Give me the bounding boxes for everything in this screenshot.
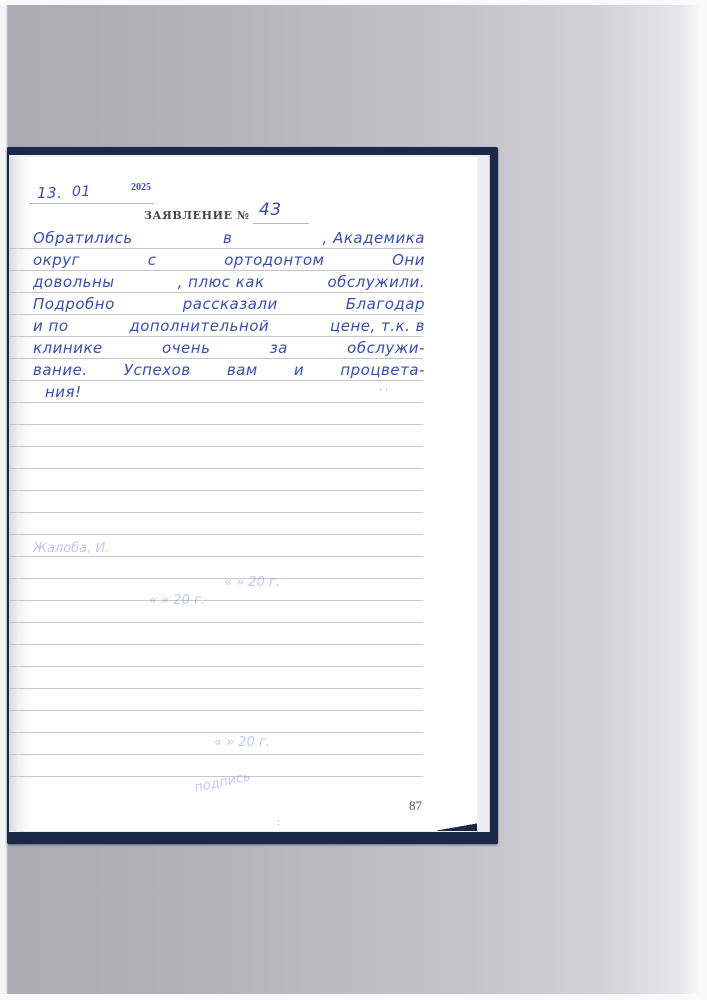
ink-dots: : (277, 817, 280, 828)
handwritten-line: и подополнительнойцене, т.к. в (33, 317, 425, 335)
handwritten-word: клинике (33, 339, 103, 357)
handwritten-word: Они (392, 251, 425, 269)
handwritten-word: Успехов (124, 361, 191, 379)
ruled-line (9, 644, 423, 645)
show-through-mark: « » 20 г. (149, 593, 205, 608)
page-number: 87 (409, 798, 422, 814)
ruled-line (9, 490, 423, 491)
handwritten-line: вание.Успеховвамипроцвета- (33, 361, 425, 379)
notebook-page: 13. 01 2025 ЗАЯВЛЕНИЕ № 43 Обратилисьв, … (9, 157, 477, 831)
scan-margin-top (0, 0, 707, 5)
ruled-line (9, 556, 423, 557)
ruled-line (9, 600, 423, 601)
ruled-line (9, 446, 423, 447)
handwritten-word: ортодонтом (224, 251, 324, 269)
show-through-mark: подпись (193, 769, 252, 796)
handwritten-word: довольны (33, 273, 115, 291)
ruled-line (9, 248, 423, 249)
handwritten-word: с (148, 251, 157, 269)
handwritten-line: округсортодонтомОни (33, 251, 425, 269)
date-day: 13. (37, 184, 62, 202)
ruled-line (9, 358, 423, 359)
handwritten-word: дополнительной (129, 317, 269, 335)
handwritten-word: Обратились (33, 229, 133, 247)
ruled-line (9, 622, 423, 623)
handwritten-word: , плюс как (178, 273, 265, 291)
handwritten-word: Подробно (33, 295, 115, 313)
scan-margin-bottom (0, 994, 707, 1000)
ruled-line (9, 732, 423, 733)
handwritten-word: очень (162, 339, 210, 357)
handwritten-word: обслужи- (347, 339, 425, 357)
handwritten-line: ПодробнорассказалиБлагодар (33, 295, 425, 313)
ruled-line (9, 688, 423, 689)
number-underline (253, 223, 309, 224)
ruled-line (9, 380, 423, 381)
ruled-line (9, 424, 423, 425)
ruled-line (9, 534, 423, 535)
show-through-mark: Жалоба, И. (33, 541, 109, 556)
handwritten-word: рассказали (183, 295, 278, 313)
ruled-line (9, 292, 423, 293)
show-through-mark: « » 20 г. (224, 575, 280, 590)
ruled-line (9, 468, 423, 469)
ruled-line (9, 402, 423, 403)
handwritten-word: ния! (45, 383, 82, 401)
handwritten-word: процвета- (340, 361, 425, 379)
ruled-line (9, 314, 423, 315)
handwritten-line: Обратилисьв, Академика (33, 229, 425, 247)
handwritten-word: обслужили. (327, 273, 425, 291)
handwritten-word: Благодар (346, 295, 425, 313)
handwritten-word: вам (227, 361, 258, 379)
handwritten-line: клиникеоченьзаобслужи- (33, 339, 425, 357)
form-title: ЗАЯВЛЕНИЕ № (144, 209, 250, 222)
ruled-line (9, 270, 423, 271)
show-through-mark: « » 20 г. (214, 735, 270, 750)
date-month: 01 (72, 184, 91, 200)
handwritten-word: в (223, 229, 232, 247)
ruled-line (9, 754, 423, 755)
handwritten-word: цене, т.к. в (330, 317, 425, 335)
ruled-line (9, 710, 423, 711)
handwritten-word: и по (33, 317, 69, 335)
handwritten-word: за (270, 339, 288, 357)
handwritten-word: округ (33, 251, 80, 269)
ruled-line (9, 336, 423, 337)
ruled-line (9, 578, 423, 579)
ink-dots: · · (379, 385, 388, 396)
handwritten-word: и (294, 361, 304, 379)
ruled-line (9, 666, 423, 667)
torn-corner (437, 821, 477, 831)
statement-number: 43 (259, 200, 282, 220)
ruled-line (9, 512, 423, 513)
handwritten-word: , Академика (323, 229, 425, 247)
date-year: 2025 (131, 182, 151, 193)
handwritten-line: довольны, плюс какобслужили. (33, 273, 425, 291)
handwritten-word: вание. (33, 361, 88, 379)
